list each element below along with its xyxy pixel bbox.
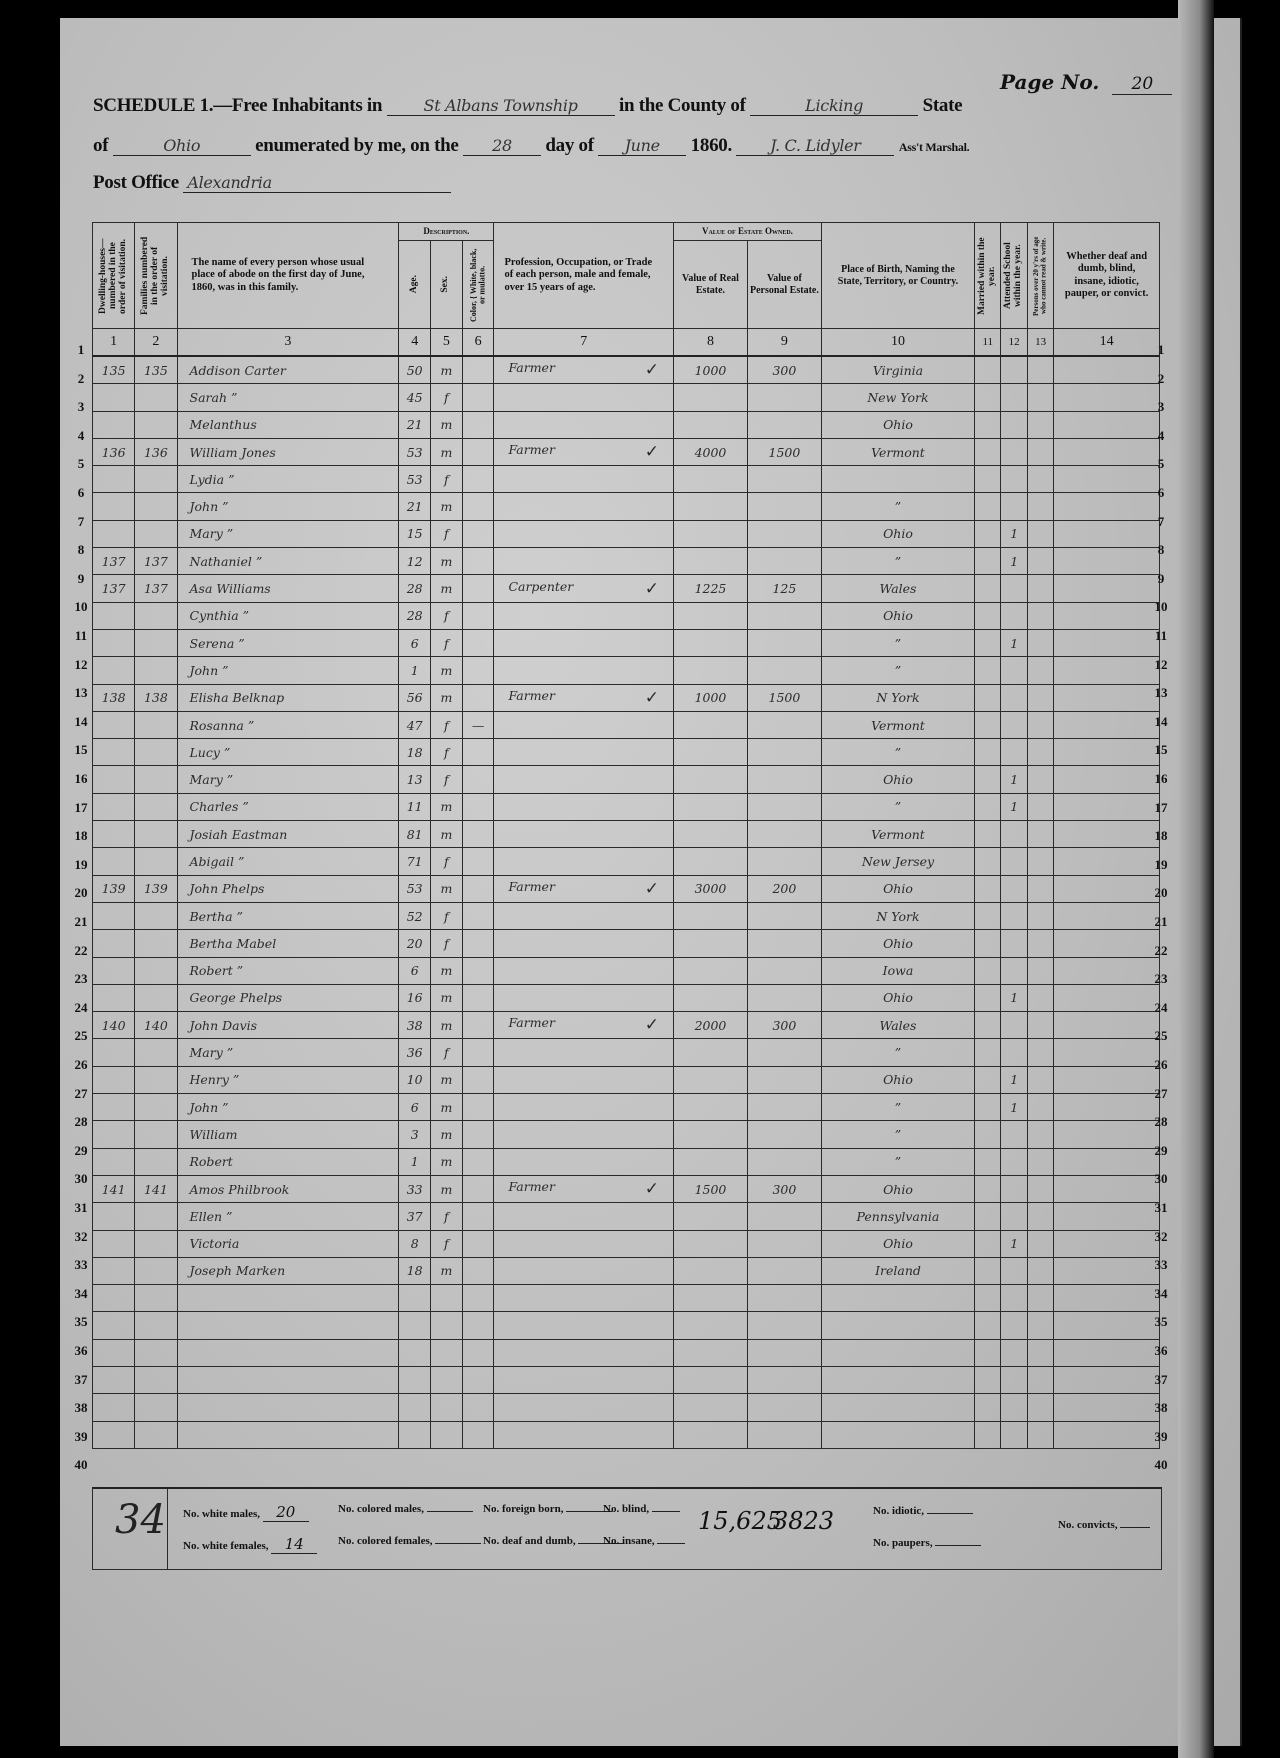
- state-field: Ohio: [113, 136, 251, 156]
- attended-school: [1001, 575, 1027, 602]
- column-number: 12: [1001, 329, 1027, 357]
- family-number: [135, 957, 177, 984]
- occupation-text: Farmer: [494, 360, 554, 375]
- sex: f: [431, 1203, 463, 1230]
- family-number: [135, 602, 177, 629]
- occupation: [494, 1203, 674, 1230]
- checkmark-icon: ✓: [645, 1015, 673, 1035]
- birthplace: Ohio: [821, 1175, 974, 1202]
- census-row: 136136William Jones53mFarmer✓40001500Ver…: [93, 438, 1160, 465]
- married-within-year: [975, 1148, 1001, 1175]
- personal-estate-value: [747, 548, 821, 575]
- married-within-year: [975, 520, 1001, 547]
- occupation-text: [494, 1373, 508, 1388]
- family-number: [135, 930, 177, 957]
- line-number-right: 25: [1150, 1028, 1172, 1044]
- married-within-year: [975, 1230, 1001, 1257]
- day-field: 28: [463, 136, 541, 156]
- sex: m: [431, 821, 463, 848]
- dwelling-number: [93, 1066, 135, 1093]
- birthplace: ”: [821, 1148, 974, 1175]
- cannot-read-write: [1027, 739, 1053, 766]
- occupation: [494, 1066, 674, 1093]
- of-label: of: [93, 135, 108, 156]
- line-number-right: 27: [1150, 1086, 1172, 1102]
- dwelling-number: 137: [93, 548, 135, 575]
- dwelling-number: [93, 657, 135, 684]
- col-header-infirmity: Whether deaf and dumb, blind, insane, id…: [1054, 223, 1160, 329]
- infirmity: [1054, 1421, 1160, 1448]
- attended-school: [1001, 1012, 1027, 1039]
- attended-school: 1: [1001, 1230, 1027, 1257]
- age: 53: [399, 438, 431, 465]
- real-estate-value: [674, 629, 748, 656]
- age: 33: [399, 1175, 431, 1202]
- occupation-text: [494, 1345, 508, 1360]
- infirmity: [1054, 438, 1160, 465]
- dwelling-number: [93, 1366, 135, 1393]
- occupation-text: [494, 636, 508, 651]
- birthplace: Pennsylvania: [821, 1203, 974, 1230]
- line-number-right: 38: [1150, 1400, 1172, 1416]
- family-number: [135, 1039, 177, 1066]
- person-name: Josiah Eastman: [177, 821, 399, 848]
- line-number-left: 21: [70, 914, 92, 930]
- col-header-description: Description.: [399, 223, 494, 241]
- color: [462, 1421, 494, 1448]
- sex: [431, 1285, 463, 1312]
- birthplace: Ohio: [821, 766, 974, 793]
- family-number: 139: [135, 875, 177, 902]
- sex: f: [431, 520, 463, 547]
- occupation-text: [494, 1236, 508, 1251]
- family-number: 141: [135, 1175, 177, 1202]
- occupation: [494, 520, 674, 547]
- infirmity: [1054, 711, 1160, 738]
- enumerated-label: enumerated by me, on the: [255, 135, 458, 156]
- attended-school: [1001, 1285, 1027, 1312]
- line-number-left: 30: [70, 1171, 92, 1187]
- real-estate-value: 2000: [674, 1012, 748, 1039]
- personal-estate-value: [747, 766, 821, 793]
- occupation: [494, 902, 674, 929]
- family-number: [135, 1066, 177, 1093]
- line-number-left: 24: [70, 1000, 92, 1016]
- cannot-read-write: [1027, 793, 1053, 820]
- cannot-read-write: [1027, 411, 1053, 438]
- line-number-left: 40: [70, 1457, 92, 1473]
- occupation-text: [494, 1400, 508, 1415]
- real-estate-value: [674, 984, 748, 1011]
- occupation: [494, 548, 674, 575]
- census-row: [93, 1285, 1160, 1312]
- personal-estate-value: [747, 411, 821, 438]
- person-name: Mary ”: [177, 520, 399, 547]
- family-number: 135: [135, 356, 177, 384]
- column-number: 9: [747, 329, 821, 357]
- line-number-right: 20: [1150, 885, 1172, 901]
- family-number: [135, 766, 177, 793]
- birthplace: Ohio: [821, 411, 974, 438]
- line-number-right: 3: [1150, 399, 1172, 415]
- census-row: Melanthus21mOhio: [93, 411, 1160, 438]
- age: 37: [399, 1203, 431, 1230]
- real-estate-value: [674, 821, 748, 848]
- age: 16: [399, 984, 431, 1011]
- occupation: [494, 1230, 674, 1257]
- census-row: William3m”: [93, 1121, 1160, 1148]
- personal-estate-value: 300: [747, 1175, 821, 1202]
- line-number-left: 6: [70, 485, 92, 501]
- married-within-year: [975, 1285, 1001, 1312]
- infirmity: [1054, 384, 1160, 411]
- personal-estate-value: [747, 1203, 821, 1230]
- census-row: Mary ”13fOhio1: [93, 766, 1160, 793]
- age: 15: [399, 520, 431, 547]
- line-number-right: 9: [1150, 571, 1172, 587]
- birthplace: N York: [821, 902, 974, 929]
- line-number-right: 12: [1150, 657, 1172, 673]
- infirmity: [1054, 493, 1160, 520]
- dwelling-number: [93, 1039, 135, 1066]
- person-name: William: [177, 1121, 399, 1148]
- infirmity: [1054, 1012, 1160, 1039]
- sex: f: [431, 930, 463, 957]
- cannot-read-write: [1027, 766, 1053, 793]
- person-tally: 34: [115, 1497, 166, 1543]
- line-number-right: 19: [1150, 857, 1172, 873]
- occupation-text: [494, 827, 508, 842]
- occupation-text: Farmer: [494, 879, 554, 894]
- sex: m: [431, 1257, 463, 1284]
- sex: f: [431, 848, 463, 875]
- age: 47: [399, 711, 431, 738]
- birthplace: [821, 1366, 974, 1393]
- infirmity: [1054, 1066, 1160, 1093]
- occupation: [494, 1257, 674, 1284]
- real-estate-value: [674, 1148, 748, 1175]
- person-name: Joseph Marken: [177, 1257, 399, 1284]
- line-number-right: 10: [1150, 599, 1172, 615]
- year-label: 1860.: [691, 135, 732, 156]
- col-header-occupation: Profession, Occupation, or Trade of each…: [494, 223, 674, 329]
- birthplace: Wales: [821, 1012, 974, 1039]
- person-name: Mary ”: [177, 1039, 399, 1066]
- family-number: 137: [135, 548, 177, 575]
- personal-estate-value: [747, 1339, 821, 1366]
- line-number-left: 39: [70, 1429, 92, 1445]
- infirmity: [1054, 1148, 1160, 1175]
- real-estate-value: [674, 548, 748, 575]
- occupation: [494, 793, 674, 820]
- infirmity: [1054, 984, 1160, 1011]
- real-estate-value: [674, 1039, 748, 1066]
- dwelling-number: [93, 493, 135, 520]
- age: [399, 1312, 431, 1339]
- infirmity: [1054, 575, 1160, 602]
- birthplace: ”: [821, 657, 974, 684]
- person-name: Rosanna ”: [177, 711, 399, 738]
- col-header-illiterate: Persons over 20 y'rs of age who cannot r…: [1027, 223, 1053, 329]
- census-row: Robert1m”: [93, 1148, 1160, 1175]
- line-number-left: 28: [70, 1114, 92, 1130]
- page-number: Page No. 20: [1000, 70, 1172, 95]
- real-estate-value: 1500: [674, 1175, 748, 1202]
- occupation-text: [494, 1209, 508, 1224]
- family-number: [135, 1094, 177, 1121]
- column-number: 8: [674, 329, 748, 357]
- line-number-left: 33: [70, 1257, 92, 1273]
- family-number: [135, 1121, 177, 1148]
- real-estate-value: [674, 466, 748, 493]
- attended-school: [1001, 493, 1027, 520]
- age: [399, 1339, 431, 1366]
- checkmark-icon: ✓: [645, 442, 673, 462]
- infirmity: [1054, 602, 1160, 629]
- col-header-family: Families numbered in the order of visita…: [135, 223, 177, 329]
- line-number-right: 21: [1150, 914, 1172, 930]
- sex: m: [431, 984, 463, 1011]
- line-number-right: 18: [1150, 828, 1172, 844]
- dwelling-number: [93, 848, 135, 875]
- age: 28: [399, 602, 431, 629]
- cannot-read-write: [1027, 1285, 1053, 1312]
- dwelling-number: [93, 1257, 135, 1284]
- occupation: [494, 1366, 674, 1393]
- occupation: [494, 1039, 674, 1066]
- white-males-value: 20: [263, 1503, 309, 1522]
- dwelling-number: [93, 739, 135, 766]
- sex: [431, 1366, 463, 1393]
- person-name: Victoria: [177, 1230, 399, 1257]
- color: [462, 1339, 494, 1366]
- color: [462, 548, 494, 575]
- column-number: 13: [1027, 329, 1053, 357]
- sex: f: [431, 1039, 463, 1066]
- occupation: [494, 739, 674, 766]
- birthplace: Iowa: [821, 957, 974, 984]
- color: [462, 602, 494, 629]
- person-name: John ”: [177, 657, 399, 684]
- color: [462, 411, 494, 438]
- cannot-read-write: [1027, 629, 1053, 656]
- age: [399, 1285, 431, 1312]
- color: [462, 984, 494, 1011]
- attended-school: [1001, 1421, 1027, 1448]
- person-name: [177, 1394, 399, 1421]
- checkmark-icon: ✓: [645, 360, 673, 380]
- attended-school: 1: [1001, 793, 1027, 820]
- attended-school: 1: [1001, 548, 1027, 575]
- attended-school: [1001, 930, 1027, 957]
- family-number: [135, 848, 177, 875]
- line-number-left: 32: [70, 1229, 92, 1245]
- real-estate-value: [674, 711, 748, 738]
- cannot-read-write: [1027, 1121, 1053, 1148]
- line-number-right: 2: [1150, 371, 1172, 387]
- age: 21: [399, 411, 431, 438]
- colored-females-field: No. colored females,: [338, 1535, 481, 1547]
- line-number-left: 10: [70, 599, 92, 615]
- occupation-text: [494, 1100, 508, 1115]
- line-number-left: 35: [70, 1314, 92, 1330]
- age: 53: [399, 466, 431, 493]
- infirmity: [1054, 466, 1160, 493]
- attended-school: [1001, 411, 1027, 438]
- birthplace: Vermont: [821, 711, 974, 738]
- column-number: 4: [399, 329, 431, 357]
- dwelling-number: [93, 984, 135, 1011]
- age: 28: [399, 575, 431, 602]
- age: 1: [399, 657, 431, 684]
- line-number-left: 36: [70, 1343, 92, 1359]
- birthplace: Ohio: [821, 930, 974, 957]
- infirmity: [1054, 930, 1160, 957]
- cannot-read-write: [1027, 1094, 1053, 1121]
- occupation-text: [494, 554, 508, 569]
- attended-school: [1001, 848, 1027, 875]
- census-row: Henry ”10mOhio1: [93, 1066, 1160, 1093]
- cannot-read-write: [1027, 356, 1053, 384]
- family-number: [135, 1366, 177, 1393]
- line-number-right: 4: [1150, 428, 1172, 444]
- census-row: Joseph Marken18mIreland: [93, 1257, 1160, 1284]
- dwelling-number: 138: [93, 684, 135, 711]
- real-estate-value: [674, 793, 748, 820]
- occupation-text: [494, 854, 508, 869]
- personal-estate-value: 1500: [747, 438, 821, 465]
- personal-estate-value: [747, 602, 821, 629]
- attended-school: 1: [1001, 520, 1027, 547]
- color: [462, 657, 494, 684]
- person-name: Robert ”: [177, 957, 399, 984]
- column-number-row: 1 2 3 4 5 6 7 8 9 10 11 12 13 14: [93, 329, 1160, 357]
- line-number-right: 7: [1150, 514, 1172, 530]
- page-summary: 34 No. white males, 20 No. white females…: [92, 1487, 1162, 1570]
- attended-school: [1001, 1148, 1027, 1175]
- sex: m: [431, 684, 463, 711]
- dwelling-number: [93, 766, 135, 793]
- col-header-real-estate: Value of Real Estate.: [674, 241, 748, 329]
- occupation-text: Farmer: [494, 442, 554, 457]
- personal-estate-value: [747, 1312, 821, 1339]
- attended-school: [1001, 1203, 1027, 1230]
- footer-divider: [167, 1489, 168, 1569]
- color: [462, 575, 494, 602]
- real-estate-value: [674, 1394, 748, 1421]
- infirmity: [1054, 1285, 1160, 1312]
- line-number-right: 23: [1150, 971, 1172, 987]
- sex: [431, 1312, 463, 1339]
- dwelling-number: [93, 821, 135, 848]
- cannot-read-write: [1027, 602, 1053, 629]
- age: 53: [399, 875, 431, 902]
- color: [462, 1230, 494, 1257]
- infirmity: [1054, 1339, 1160, 1366]
- census-row: 138138Elisha Belknap56mFarmer✓10001500N …: [93, 684, 1160, 711]
- attended-school: 1: [1001, 984, 1027, 1011]
- person-name: Ellen ”: [177, 1203, 399, 1230]
- age: 13: [399, 766, 431, 793]
- real-estate-value: 4000: [674, 438, 748, 465]
- sex: f: [431, 384, 463, 411]
- occupation: [494, 1285, 674, 1312]
- dwelling-number: [93, 902, 135, 929]
- sex: m: [431, 1175, 463, 1202]
- real-estate-value: [674, 1312, 748, 1339]
- line-number-left: 27: [70, 1086, 92, 1102]
- occupation-text: [494, 608, 508, 623]
- line-number-right: 1: [1150, 342, 1172, 358]
- occupation: Farmer✓: [494, 875, 674, 902]
- col-header-color: Color, { White, black, or mulatto.: [462, 241, 494, 329]
- census-row: [93, 1394, 1160, 1421]
- foreign-born-field: No. foreign born,: [483, 1503, 612, 1515]
- person-name: Henry ”: [177, 1066, 399, 1093]
- sex: m: [431, 356, 463, 384]
- married-within-year: [975, 684, 1001, 711]
- occupation-text: Farmer: [494, 1179, 554, 1194]
- line-number-left: 15: [70, 742, 92, 758]
- personal-estate-value: [747, 930, 821, 957]
- white-males-field: No. white males, 20: [183, 1503, 309, 1522]
- color: —: [462, 711, 494, 738]
- attended-school: [1001, 1339, 1027, 1366]
- occupation-text: [494, 526, 508, 541]
- attended-school: 1: [1001, 1094, 1027, 1121]
- day-of-label: day of: [545, 135, 593, 156]
- line-number-right: 13: [1150, 685, 1172, 701]
- attended-school: [1001, 684, 1027, 711]
- age: 11: [399, 793, 431, 820]
- census-row: 141141Amos Philbrook33mFarmer✓1500300Ohi…: [93, 1175, 1160, 1202]
- line-number-left: 18: [70, 828, 92, 844]
- married-within-year: [975, 438, 1001, 465]
- person-name: [177, 1339, 399, 1366]
- census-row: John ”21m”: [93, 493, 1160, 520]
- personal-estate-value: [747, 793, 821, 820]
- cannot-read-write: [1027, 1339, 1053, 1366]
- age: 81: [399, 821, 431, 848]
- married-within-year: [975, 821, 1001, 848]
- color: [462, 384, 494, 411]
- personal-estate-value: [747, 1148, 821, 1175]
- cannot-read-write: [1027, 466, 1053, 493]
- occupation: [494, 957, 674, 984]
- infirmity: [1054, 1203, 1160, 1230]
- line-number-left: 38: [70, 1400, 92, 1416]
- infirmity: [1054, 1039, 1160, 1066]
- occupation: [494, 1121, 674, 1148]
- cannot-read-write: [1027, 520, 1053, 547]
- birthplace: New York: [821, 384, 974, 411]
- occupation: [494, 602, 674, 629]
- cannot-read-write: [1027, 957, 1053, 984]
- married-within-year: [975, 657, 1001, 684]
- dwelling-number: [93, 629, 135, 656]
- dwelling-number: [93, 1394, 135, 1421]
- occupation: Farmer✓: [494, 438, 674, 465]
- color: [462, 739, 494, 766]
- person-name: Addison Carter: [177, 356, 399, 384]
- column-number: 6: [462, 329, 494, 357]
- line-number-left: 20: [70, 885, 92, 901]
- age: 20: [399, 930, 431, 957]
- personal-estate-value: [747, 1230, 821, 1257]
- family-number: [135, 493, 177, 520]
- census-row: [93, 1312, 1160, 1339]
- age: 52: [399, 902, 431, 929]
